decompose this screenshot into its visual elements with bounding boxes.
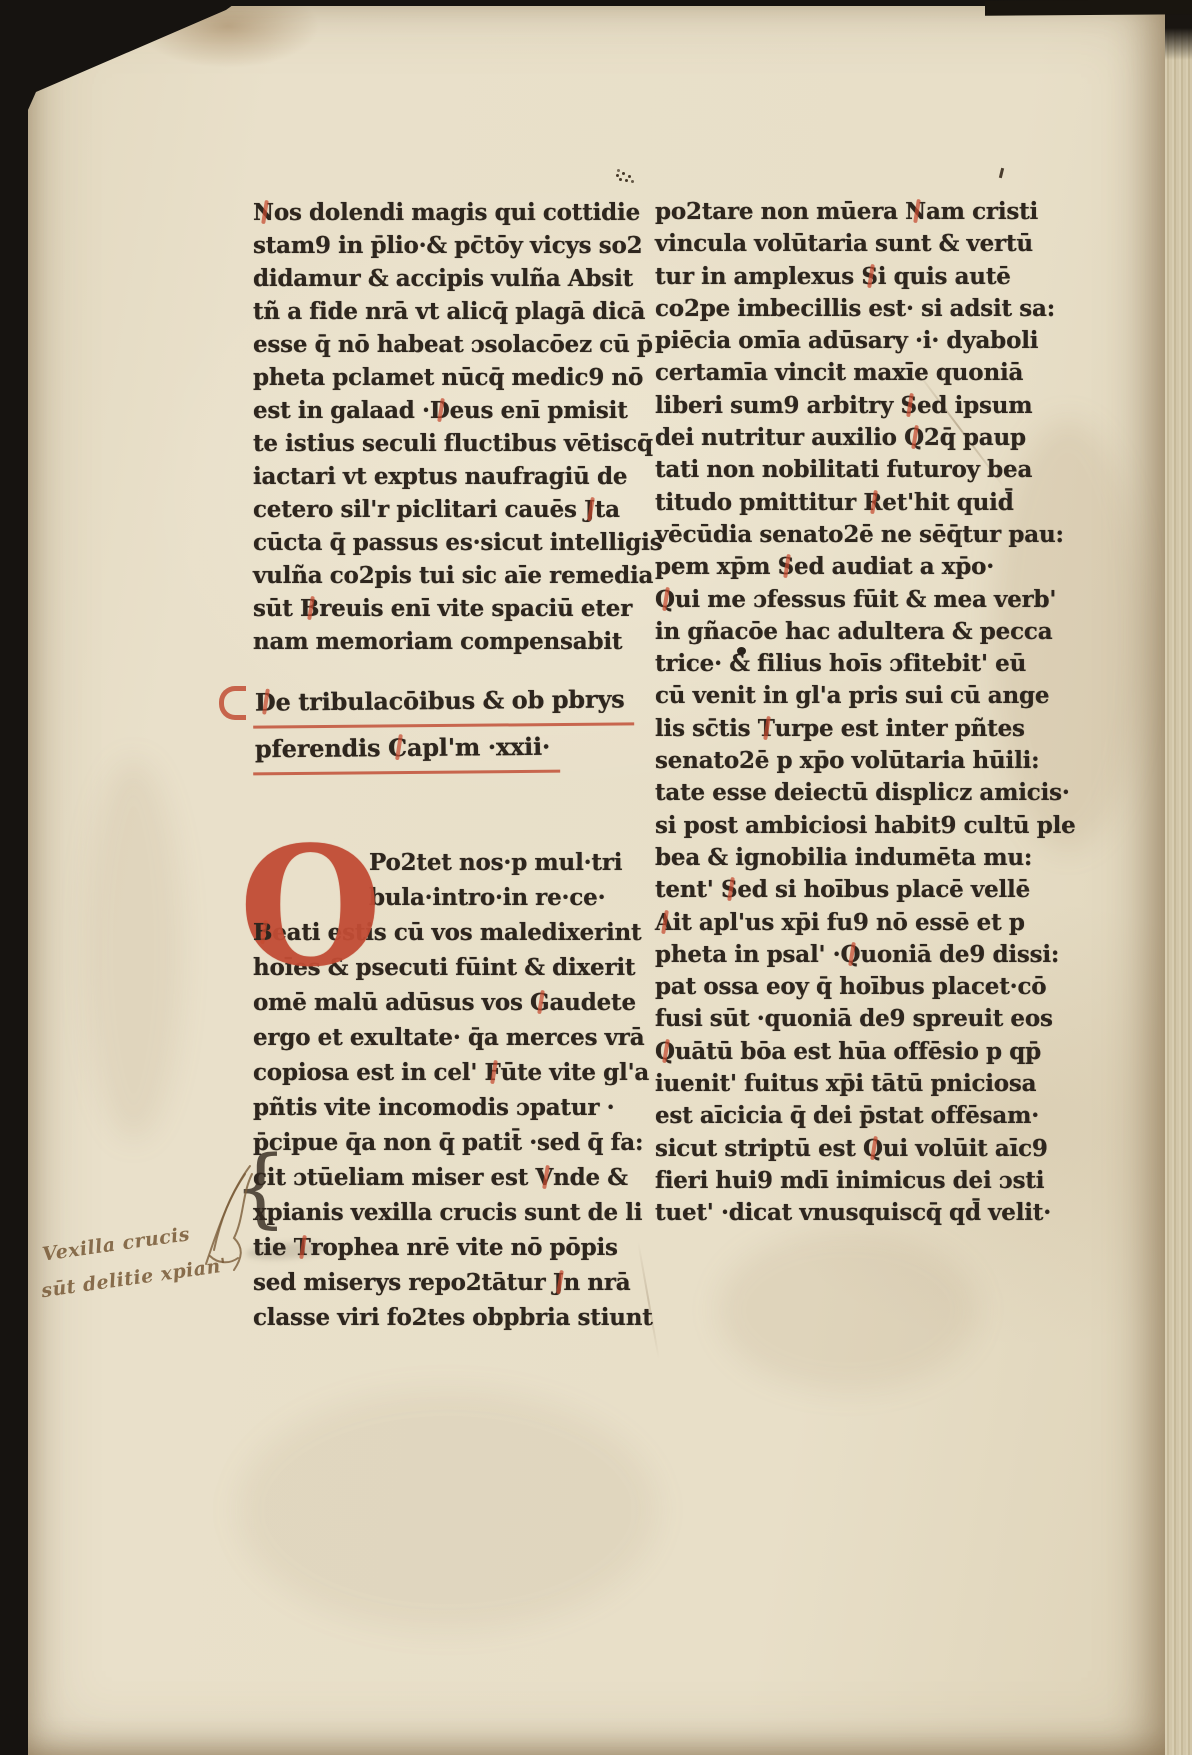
text-segment: i quis autē bbox=[878, 263, 1011, 290]
text-segment: iactari vt exptus naufragiū de bbox=[253, 463, 627, 490]
text-segment: lis sc̄tis bbox=[655, 715, 758, 742]
text-line: piēcia omīa adūsary ·i· dyaboli bbox=[655, 325, 1076, 357]
text-segment: stam9 in p̄lio·& pc̄tōy vicys so2 bbox=[253, 232, 642, 259]
text-line: sicut striptū est Qui volūit aīc9 bbox=[655, 1133, 1076, 1165]
text-segment: tur in amplexus bbox=[655, 263, 861, 290]
paper-stain bbox=[86, 760, 181, 1140]
text-segment: bea & ignobilia indumēta mu: bbox=[655, 844, 1032, 871]
text-line: nam memoriam compensabit bbox=[253, 625, 662, 658]
text-line: tie Trophea nrē vite nō pōpis bbox=[253, 1230, 653, 1265]
text-line: te istius seculi fluctibus vētiscq̄ bbox=[253, 427, 662, 460]
rubricated-letter: S bbox=[721, 876, 737, 903]
text-line: in gñacōe hac adultera & pecca bbox=[655, 616, 1076, 648]
text-segment: et'hit quid̄ bbox=[882, 489, 1013, 516]
text-line: iuenit' fuitus xp̄i tātū pniciosa bbox=[655, 1068, 1076, 1100]
chapter-heading-line: pferendis Capl'm ·xxii· bbox=[253, 727, 634, 774]
rubricated-letter: S bbox=[778, 553, 794, 580]
text-line: pheta in psal' ·Quoniā de9 dissi: bbox=[655, 939, 1076, 971]
rubricated-letter: Q bbox=[863, 1135, 883, 1162]
rubricated-letter: D bbox=[430, 397, 450, 424]
text-segment: tent' bbox=[655, 876, 721, 903]
text-segment: didamur & accipis vulña Absit bbox=[253, 265, 633, 292]
text-segment: si post ambiciosi habit9 cultū ple bbox=[655, 812, 1076, 839]
text-line: Ait apl'us xp̄i fu9 nō essē et p bbox=[655, 907, 1076, 939]
text-segment: pñtis vite incomodis ɔpatur · bbox=[253, 1094, 614, 1121]
red-underlined-text: pferendis Capl'm ·xxii· bbox=[253, 726, 561, 776]
text-line: Quātū bōa est hūa offēsio p qp̄ bbox=[655, 1036, 1076, 1068]
rubricated-letter: C bbox=[388, 733, 407, 762]
text-segment: ed ipsum bbox=[917, 392, 1032, 419]
book-fore-edge bbox=[1165, 0, 1192, 1755]
chapter-heading: De tribulacōibus & ob pbryspferendis Cap… bbox=[253, 680, 634, 774]
paper-stain bbox=[718, 1230, 978, 1390]
text-line: pheta pclamet nūcq̄ medic9 nō bbox=[253, 361, 662, 394]
rubricated-letter: Q bbox=[655, 586, 675, 613]
text-segment: ui volūit aīc9 bbox=[883, 1135, 1048, 1162]
text-line: tur in amplexus Si quis autē bbox=[655, 261, 1076, 293]
red-underlined-text: De tribulacōibus & ob pbrys bbox=[253, 678, 635, 728]
text-line: tati non nobilitati futuroy bea bbox=[655, 454, 1076, 486]
text-segment: ergo et exultate· q̄a merces vrā bbox=[253, 1024, 644, 1051]
text-segment: audete bbox=[549, 989, 635, 1016]
text-line: est aīcicia q̄ dei p̄stat offēsam· bbox=[655, 1100, 1076, 1132]
text-segment: senato2ē p xp̄o volūtaria hūili: bbox=[655, 747, 1039, 774]
rubric-paragraph-mark bbox=[219, 686, 246, 720]
text-segment: tati non nobilitati futuroy bea bbox=[655, 456, 1032, 483]
text-line: cūcta q̄ passus es·sicut intelligis bbox=[253, 526, 662, 559]
rubricated-letter: N bbox=[253, 199, 274, 226]
text-line: vēcūdia senato2ē ne sēq̄tur pau: bbox=[655, 519, 1076, 551]
text-line: esse q̄ nō habeat ɔsolacōez cū p̄ bbox=[253, 328, 662, 361]
text-segment: te istius seculi fluctibus vētiscq̄ bbox=[253, 430, 653, 457]
left-text-column-paragraph1: Nos dolendi magis qui cottidiestam9 in p… bbox=[253, 196, 662, 658]
text-segment: cetero sil'r piclitari cauēs bbox=[253, 496, 584, 523]
text-line: liberi sum9 arbitry Sed ipsum bbox=[655, 390, 1076, 422]
text-segment: fusi sūt ·quoniā de9 spreuit eos bbox=[655, 1005, 1053, 1032]
text-segment: am cristi bbox=[926, 198, 1038, 225]
rubricated-letter: T bbox=[294, 1234, 311, 1261]
text-line: trice· & filius hoīs ɔfitebit' eū bbox=[655, 648, 1076, 680]
text-segment: uātū bōa est hūa offēsio p qp̄ bbox=[675, 1038, 1041, 1065]
text-segment: titudo pmittitur bbox=[655, 489, 863, 516]
text-line: titudo pmittitur Ret'hit quid̄ bbox=[655, 487, 1076, 519]
text-line: cetero sil'r piclitari cauēs Jta bbox=[253, 493, 662, 526]
text-segment: cit ɔtūeliam miser est bbox=[253, 1164, 535, 1191]
text-segment: tate esse deiectū displicz amicis· bbox=[655, 779, 1070, 806]
text-segment: copiosa est in cel' bbox=[253, 1059, 484, 1086]
rubricated-letter: N bbox=[905, 198, 926, 225]
text-line: tuet' ·dicat vnusquiscq̄ qd̄ velit· bbox=[655, 1197, 1076, 1229]
text-segment: dei nutritur auxilio bbox=[655, 424, 904, 451]
text-segment: os dolendi magis qui cottidie bbox=[274, 199, 640, 226]
text-segment: rophea nrē vite nō pōpis bbox=[311, 1234, 618, 1261]
text-segment: ta bbox=[595, 496, 620, 523]
text-segment: pem xp̄m bbox=[655, 553, 778, 580]
text-line: dei nutritur auxilio Q2q̄ paup bbox=[655, 422, 1076, 454]
text-segment: est aīcicia q̄ dei p̄stat offēsam· bbox=[655, 1102, 1039, 1129]
text-line: copiosa est in cel' Fūte vite gl'a bbox=[253, 1055, 653, 1090]
text-segment: nde & bbox=[553, 1164, 628, 1191]
paper-stain bbox=[238, 1390, 658, 1630]
rubricated-letter: Q bbox=[840, 941, 860, 968]
text-segment: n nrā bbox=[564, 1269, 631, 1296]
right-text-column: po2tare non mūera Nam cristivincula volū… bbox=[655, 196, 1076, 1230]
book-page-photo: { "palette": { "paper": "#e8dfc8", "ink"… bbox=[0, 0, 1192, 1755]
text-segment: trice· & filius hoīs ɔfitebit' eū bbox=[655, 650, 1026, 677]
text-segment: 2q̄ paup bbox=[924, 424, 1026, 451]
rubricated-letter: J bbox=[553, 1269, 564, 1296]
text-segment: ed audiat a xp̄o· bbox=[794, 553, 994, 580]
text-segment: cūcta q̄ passus es·sicut intelligis bbox=[253, 529, 662, 556]
text-line: Nos dolendi magis qui cottidie bbox=[253, 196, 662, 229]
text-segment: apl'm ·xxii· bbox=[407, 732, 550, 762]
text-line: iactari vt exptus naufragiū de bbox=[253, 460, 662, 493]
rubricated-letter: G bbox=[530, 989, 549, 1016]
text-line: senato2ē p xp̄o volūtaria hūili: bbox=[655, 745, 1076, 777]
rubricated-letter: B bbox=[300, 595, 319, 622]
text-segment: liberi sum9 arbitry bbox=[655, 392, 901, 419]
text-segment: tuet' ·dicat vnusquiscq̄ qd̄ velit· bbox=[655, 1199, 1051, 1226]
text-segment: eus enī pmisit bbox=[450, 397, 628, 424]
text-segment: certamīa vincit maxīe quoniā bbox=[655, 359, 1023, 386]
text-line: est in galaad ·Deus enī pmisit bbox=[253, 394, 662, 427]
text-segment: po2tare non mūera bbox=[655, 198, 905, 225]
text-segment: cū venit in gl'a pris sui cū ange bbox=[655, 682, 1049, 709]
text-line: stam9 in p̄lio·& pc̄tōy vicys so2 bbox=[253, 229, 662, 262]
text-segment: it apl'us xp̄i fu9 nō essē et p bbox=[673, 909, 1025, 936]
text-segment: reuis enī vite spaciū eter bbox=[319, 595, 632, 622]
left-text-column-paragraph2: O Po2tet nos·p mul·tribula·intro·in re·c… bbox=[253, 845, 653, 1335]
text-line: si post ambiciosi habit9 cultū ple bbox=[655, 810, 1076, 842]
chapter-heading-line: De tribulacōibus & ob pbrys bbox=[253, 680, 634, 727]
text-segment: vincula volūtaria sunt & vertū bbox=[655, 230, 1033, 257]
text-segment: xpianis vexilla crucis sunt de li bbox=[253, 1199, 642, 1226]
text-line: vincula volūtaria sunt & vertū bbox=[655, 228, 1076, 260]
rubricated-letter: Q bbox=[655, 1038, 675, 1065]
text-line: co2pe imbecillis est· si adsit sa: bbox=[655, 293, 1076, 325]
rubricated-letter: A bbox=[655, 909, 673, 936]
text-segment: est in galaad · bbox=[253, 397, 430, 424]
text-line: p̄cipue q̄a non q̄ patit̄ ·sed q̄ fa: bbox=[253, 1125, 653, 1160]
text-line: tate esse deiectū displicz amicis· bbox=[655, 777, 1076, 809]
text-segment: fieri hui9 mdī inimicus dei ɔsti bbox=[655, 1167, 1044, 1194]
text-segment: in gñacōe hac adultera & pecca bbox=[655, 618, 1052, 645]
text-line: pat ossa eoy q̄ hoībus placet·cō bbox=[655, 971, 1076, 1003]
text-segment: nam memoriam compensabit bbox=[253, 628, 622, 655]
text-segment: co2pe imbecillis est· si adsit sa: bbox=[655, 295, 1055, 322]
text-segment: iuenit' fuitus xp̄i tātū pniciosa bbox=[655, 1070, 1036, 1097]
text-line: cit ɔtūeliam miser est Vnde & bbox=[253, 1160, 653, 1195]
text-line: lis sc̄tis Turpe est inter pñtes bbox=[655, 713, 1076, 745]
text-line: xpianis vexilla crucis sunt de li bbox=[253, 1195, 653, 1230]
text-line: cū venit in gl'a pris sui cū ange bbox=[655, 680, 1076, 712]
text-line: fieri hui9 mdī inimicus dei ɔsti bbox=[655, 1165, 1076, 1197]
text-segment: sūt bbox=[253, 595, 300, 622]
rubricated-letter: J bbox=[584, 496, 595, 523]
text-segment: Po2tet nos·p mul·tri bbox=[369, 849, 622, 876]
text-line: fusi sūt ·quoniā de9 spreuit eos bbox=[655, 1003, 1076, 1035]
text-segment: ūte vite gl'a bbox=[501, 1059, 650, 1086]
rubricated-letter: S bbox=[901, 392, 917, 419]
page-top-edge-shadow bbox=[985, 0, 1192, 16]
rubricated-letter: R bbox=[863, 489, 882, 516]
text-segment: esse q̄ nō habeat ɔsolacōez cū p̄ bbox=[253, 331, 653, 358]
text-line: certamīa vincit maxīe quoniā bbox=[655, 357, 1076, 389]
text-segment: vulña co2pis tui sic aīe remedia bbox=[253, 562, 653, 589]
text-line: tent' Sed si hoībus placē vellē bbox=[655, 874, 1076, 906]
rubricated-letter: D bbox=[255, 687, 276, 716]
text-line: sūt Breuis enī vite spaciū eter bbox=[253, 592, 662, 625]
text-line: bea & ignobilia indumēta mu: bbox=[655, 842, 1076, 874]
text-line: po2tare non mūera Nam cristi bbox=[655, 196, 1076, 228]
printers-mark-dots bbox=[616, 174, 619, 177]
text-line: classe viri fo2tes obpbria stiunt bbox=[253, 1300, 653, 1335]
text-segment: tñ a fide nrā vt alicq̄ plagā dicā bbox=[253, 298, 645, 325]
text-segment: p̄cipue q̄a non q̄ patit̄ ·sed q̄ fa: bbox=[253, 1129, 643, 1156]
text-segment: bula·intro·in re·ce· bbox=[369, 884, 605, 911]
text-segment: e tribulacōibus & ob pbrys bbox=[275, 684, 624, 716]
rubricated-letter: V bbox=[535, 1164, 553, 1191]
text-segment: classe viri fo2tes obpbria stiunt bbox=[253, 1304, 653, 1331]
drop-cap-initial-o: O bbox=[239, 837, 382, 977]
text-line: pem xp̄m Sed audiat a xp̄o· bbox=[655, 551, 1076, 583]
text-segment: pferendis bbox=[255, 733, 388, 763]
rubricated-letter: F bbox=[484, 1059, 500, 1086]
rubricated-letter: T bbox=[758, 715, 775, 742]
rubricated-letter: Q bbox=[904, 424, 924, 451]
rubricated-letter: B bbox=[253, 919, 272, 946]
text-line: sed miserys repo2tātur Jn nrā bbox=[253, 1265, 653, 1300]
text-segment: pheta pclamet nūcq̄ medic9 nō bbox=[253, 364, 643, 391]
text-segment: uoniā de9 dissi: bbox=[860, 941, 1059, 968]
text-segment: pat ossa eoy q̄ hoībus placet·cō bbox=[655, 973, 1046, 1000]
text-segment: urpe est inter pñtes bbox=[775, 715, 1025, 742]
text-line: ergo et exultate· q̄a merces vrā bbox=[253, 1020, 653, 1055]
text-segment: vēcūdia senato2ē ne sēq̄tur pau: bbox=[655, 521, 1064, 548]
text-segment: pheta in psal' · bbox=[655, 941, 840, 968]
text-segment: sed miserys repo2tātur bbox=[253, 1269, 553, 1296]
text-line: tñ a fide nrā vt alicq̄ plagā dicā bbox=[253, 295, 662, 328]
text-segment: piēcia omīa adūsary ·i· dyaboli bbox=[655, 327, 1038, 354]
text-line: didamur & accipis vulña Absit bbox=[253, 262, 662, 295]
text-line: vulña co2pis tui sic aīe remedia bbox=[253, 559, 662, 592]
text-line: Qui me ɔfessus fūit & mea verb' bbox=[655, 584, 1076, 616]
text-segment: ed si hoībus placē vellē bbox=[737, 876, 1030, 903]
text-line: pñtis vite incomodis ɔpatur · bbox=[253, 1090, 653, 1125]
rubricated-letter: S bbox=[861, 263, 877, 290]
text-segment: ui me ɔfessus fūit & mea verb' bbox=[675, 586, 1056, 613]
text-segment: sicut striptū est bbox=[655, 1135, 863, 1162]
